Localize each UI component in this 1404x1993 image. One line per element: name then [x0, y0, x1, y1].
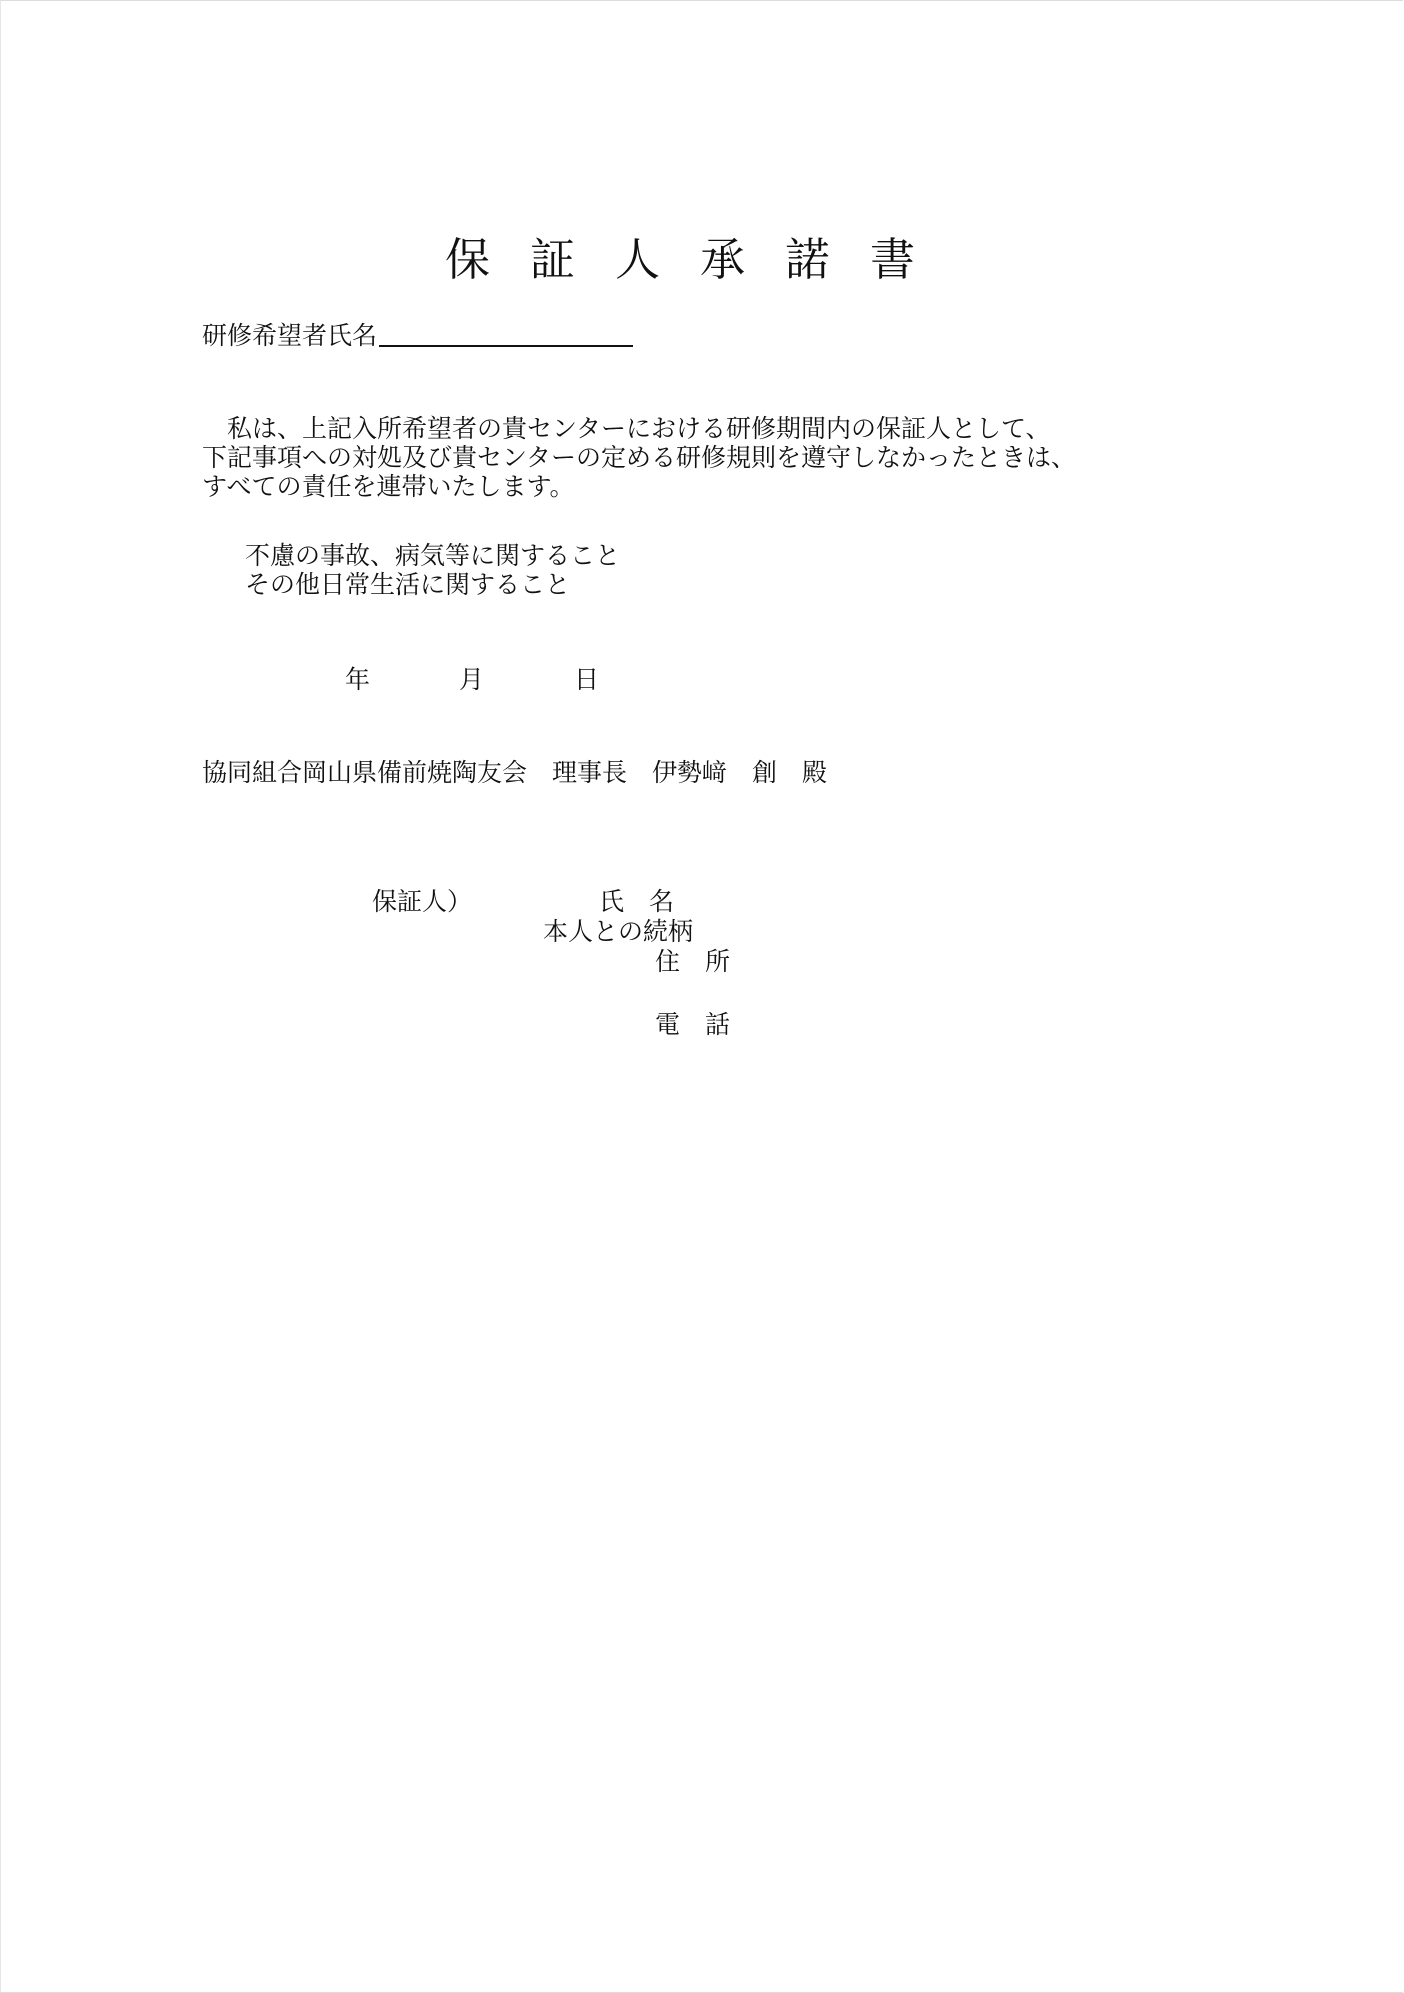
addressee: 協同組合岡山県備前焼陶友会 理事長 伊勢﨑 創 殿: [202, 760, 827, 785]
date-day-label: 日: [574, 667, 599, 692]
guarantor-address-label: 住 所: [655, 949, 730, 974]
document-page: 保証人承諾書 研修希望者氏名 私は、上記入所希望者の貴センターにおける研修期間内…: [0, 0, 1403, 1993]
paragraph-line: 下記事項への対処及び貴センターの定める研修規則を遵守しなかったときは、: [202, 443, 1076, 472]
applicant-name-field[interactable]: [379, 345, 633, 347]
responsibility-items: 不慮の事故、病気等に関すること その他日常生活に関すること: [245, 541, 620, 599]
list-item: 不慮の事故、病気等に関すること: [245, 541, 620, 570]
date-month-label: 月: [459, 667, 484, 692]
paragraph-line: すべての責任を連帯いたします。: [202, 472, 1076, 501]
consent-paragraph: 私は、上記入所希望者の貴センターにおける研修期間内の保証人として、 下記事項への…: [202, 414, 1076, 501]
guarantor-phone-label: 電 話: [655, 1012, 730, 1037]
date-year-label: 年: [345, 667, 370, 692]
applicant-name-label: 研修希望者氏名: [202, 323, 377, 348]
guarantor-name-label: 氏 名: [599, 889, 674, 914]
list-item: その他日常生活に関すること: [245, 570, 620, 599]
applicant-name-row: 研修希望者氏名: [202, 323, 633, 348]
guarantor-relationship-label: 本人との続柄: [543, 919, 693, 944]
guarantor-heading: 保証人）: [372, 889, 472, 914]
document-title: 保証人承諾書: [445, 237, 955, 282]
paragraph-line: 私は、上記入所希望者の貴センターにおける研修期間内の保証人として、: [202, 414, 1076, 443]
